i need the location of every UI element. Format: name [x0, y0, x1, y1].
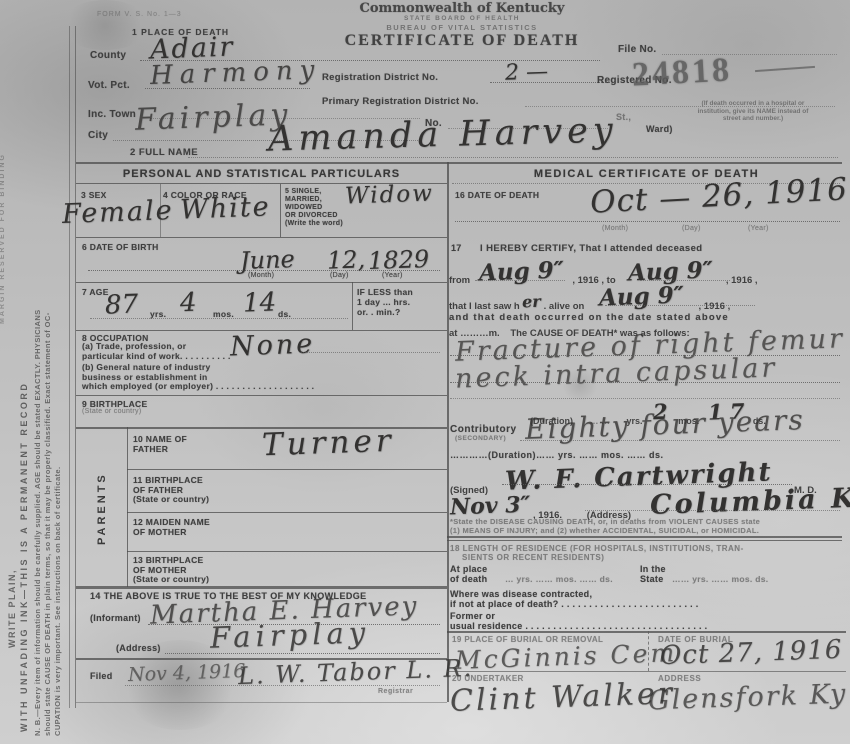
from-date-handwritten: Aug 9″: [478, 257, 564, 287]
registration-district-label: Registration District No.: [322, 72, 438, 83]
undertaker-handwritten: Clint Walker: [449, 676, 675, 719]
age-years-handwritten: 87: [104, 289, 138, 320]
father-bp-row-rule: [127, 512, 447, 513]
dob-day-sublabel: (Day): [330, 272, 349, 279]
scan-smudge: [60, 0, 150, 50]
occupation-a-label: (a) Trade, profession, or particular kin…: [82, 342, 231, 361]
from-dotted: [475, 280, 565, 281]
certificate-title: CERTIFICATE OF DEATH: [262, 32, 662, 50]
street-label: St.,: [616, 112, 631, 122]
column-divider: [447, 162, 449, 702]
to-dotted: [640, 280, 730, 281]
contributory-dotted: [520, 440, 840, 441]
marital-handwritten-value: Widow: [345, 180, 435, 209]
cause-extra-dotted: [450, 398, 840, 399]
footnote-line2: (1) MEANS OF INJURY; and (2) whether ACC…: [450, 526, 759, 535]
mother-birthplace-label: 13 BIRTHPLACE OF MOTHER (State or countr…: [133, 556, 209, 585]
age-months-unit: mos.: [213, 309, 234, 319]
birthplace-sublabel: (State or country): [82, 408, 141, 415]
form-left-border-outer: [69, 26, 70, 708]
dod-year-sublabel: (Year): [748, 225, 769, 232]
contributory-label: Contributory: [450, 424, 517, 435]
cause-line2-dotted: [450, 382, 840, 383]
footnote-rule-top: [447, 536, 842, 538]
parents-label-divider: [127, 427, 128, 587]
registrar-label: Registrar: [378, 688, 413, 695]
if-less-than-day-note: IF LESS than 1 day ... hrs. or. . min.?: [357, 287, 413, 317]
duration2-line: …………(Duration)…… yrs. …… mos. …… ds.: [450, 450, 664, 460]
disease-contracted-label: Where was disease contracted, if not at …: [450, 589, 699, 609]
undertaker-address-handwritten: Glensfork Ky: [648, 679, 848, 717]
scan-smudge: [120, 640, 240, 730]
date-of-death-label: 16 DATE OF DEATH: [455, 190, 539, 200]
residence-bottom-rule: [447, 631, 846, 633]
certify-line1: I HEREBY CERTIFY, That I attended deceas…: [480, 243, 703, 254]
residence-title-line1: 18 LENGTH OF RESIDENCE (FOR HOSPITALS, I…: [450, 544, 744, 553]
dob-row-rule: [76, 282, 447, 283]
saw-end-text: , 1916 ,: [699, 301, 731, 312]
secondary-sublabel: (SECONDARY): [455, 435, 506, 442]
registration-district-handwritten-value: 2 —: [505, 59, 549, 85]
city-label: City: [88, 130, 108, 141]
margin-write-plain-text: WRITE PLAIN,: [7, 569, 17, 648]
margin-binding-text: MARGIN RESERVED FOR BINDING: [0, 153, 6, 324]
saw-mid-text: . alive on: [544, 301, 585, 312]
cause-line1-dotted: [450, 355, 840, 356]
primary-registration-district-label: Primary Registration District No.: [322, 96, 479, 107]
parents-vertical-label: PARENTS: [96, 472, 108, 545]
dob-month-handwritten: June: [240, 245, 296, 275]
full-name-handwritten-value: Amanda Harvey: [268, 110, 619, 159]
death-certificate-scan: MARGIN RESERVED FOR BINDING WRITE PLAIN,…: [0, 0, 850, 744]
informant-address-handwritten: Fairplay: [209, 615, 370, 655]
occupation-row-rule: [76, 395, 447, 396]
burial-row-rule: [447, 671, 846, 672]
bureau-heading: BUREAU OF VITAL STATISTICS: [262, 23, 662, 32]
saw-date-handwritten: Aug 9″: [598, 282, 684, 312]
margin-nb-line3: CUPATION is very important. See instruct…: [53, 467, 62, 736]
occupation-handwritten-value: None: [229, 329, 315, 363]
former-residence-label: Former or usual residence . . . . . . . …: [450, 611, 707, 631]
age-days-unit: ds.: [278, 309, 291, 319]
form-left-border-inner: [75, 26, 76, 708]
sex-handwritten-value: Female: [61, 195, 174, 230]
footnote-line1: *State the DISEASE CAUSING DEATH, or, in…: [450, 517, 760, 526]
saw-her-handwritten: er: [522, 292, 541, 312]
at-place-dots: … yrs. …… mos. …… ds.: [505, 574, 613, 584]
date-of-death-dotted-line: [455, 221, 840, 222]
vot-pct-handwritten-value: Harmony: [150, 55, 322, 91]
parents-bottom-rule: [76, 586, 447, 589]
physician-address-handwritten: Columbia Ky: [649, 482, 850, 521]
saw-dotted: [605, 305, 755, 306]
margin-nb-line2: should state CAUSE OF DEATH in plain ter…: [43, 312, 52, 736]
age-days-handwritten: 14: [242, 287, 276, 318]
dod-day-sublabel: (Day): [682, 225, 701, 232]
dod-month-sublabel: (Month): [602, 225, 628, 232]
dob-day-handwritten: 12,: [327, 245, 366, 274]
filed-label: Filed: [90, 671, 113, 681]
scan-smudge: [560, 370, 600, 400]
informant-label: (Informant): [90, 613, 141, 623]
commonwealth-heading: Commonwealth of Kentucky: [262, 1, 662, 16]
address-dotted: [585, 510, 840, 511]
signed-dotted: [502, 484, 792, 485]
ward-label: Ward): [646, 124, 673, 134]
dob-label: 6 DATE OF BIRTH: [82, 242, 159, 252]
inc-town-label: Inc. Town: [88, 109, 136, 120]
personal-section-title: PERSONAL AND STATISTICAL PARTICULARS: [76, 168, 447, 180]
in-the-state-label: In the State: [640, 564, 666, 584]
in-the-state-dots: …… yrs. …… mos. ds.: [672, 574, 768, 584]
stamp-pen-stroke: [755, 66, 815, 72]
occupation-b-label: (b) General nature of industry business …: [82, 363, 314, 392]
dob-month-sublabel: (Month): [248, 272, 274, 279]
from-label: from: [449, 275, 470, 286]
mother-name-label: 12 MAIDEN NAME OF MOTHER: [133, 518, 210, 537]
margin-unfading-ink-text: WITH UNFADING INK—THIS IS A PERMANENT RE…: [19, 382, 29, 732]
age-years-unit: yrs.: [150, 309, 166, 319]
county-label: County: [90, 50, 126, 61]
vot-pct-label: Vot. Pct.: [88, 80, 130, 91]
father-name-label: 10 NAME OF FATHER: [133, 435, 187, 454]
saw-pre-text: that I last saw h: [449, 301, 520, 312]
hospital-note: (If death occurred in a hospital or inst…: [688, 100, 818, 123]
file-no-label: File No.: [618, 44, 657, 55]
at-place-of-death-label: At place of death: [450, 564, 487, 584]
father-row-rule: [127, 469, 447, 470]
race-handwritten-value: White: [179, 191, 271, 225]
dob-year-handwritten: 1829: [368, 245, 430, 275]
marital-label: 5 SINGLE, MARRIED, WIDOWED OR DIVORCED (…: [285, 188, 343, 228]
age-months-handwritten: 4: [179, 288, 197, 319]
burial-date-handwritten: Oct 27, 1916: [660, 635, 843, 671]
father-birthplace-label: 11 BIRTHPLACE OF FATHER (State or countr…: [133, 476, 209, 505]
occupation-a-dotted: [300, 352, 440, 353]
main-top-rule: [76, 162, 842, 164]
registered-no-stamp: 24818: [631, 51, 733, 94]
dob-year-sublabel: (Year): [382, 272, 403, 279]
margin-nb-line1: N. B.—Every item of information should b…: [33, 309, 42, 736]
state-board-heading: STATE BOARD OF HEALTH: [262, 15, 662, 22]
sex-row-rule: [76, 237, 447, 238]
race-marital-divider: [280, 184, 281, 237]
mother-row-rule: [127, 551, 447, 552]
certify-saw-line: that I last saw h er . alive on Aug 9″ ,…: [449, 288, 730, 315]
occurred-line: and that death occurred on the date stat…: [449, 312, 729, 323]
age-note-divider: [352, 282, 353, 330]
father-name-handwritten: Turner: [261, 423, 395, 464]
to-end-text: , 1916 ,: [726, 275, 758, 286]
residence-title-line2: SIENTS OR RECENT RESIDENTS): [462, 553, 604, 562]
footnote-rule-bottom: [447, 540, 842, 541]
certify-number: 17: [451, 243, 462, 253]
